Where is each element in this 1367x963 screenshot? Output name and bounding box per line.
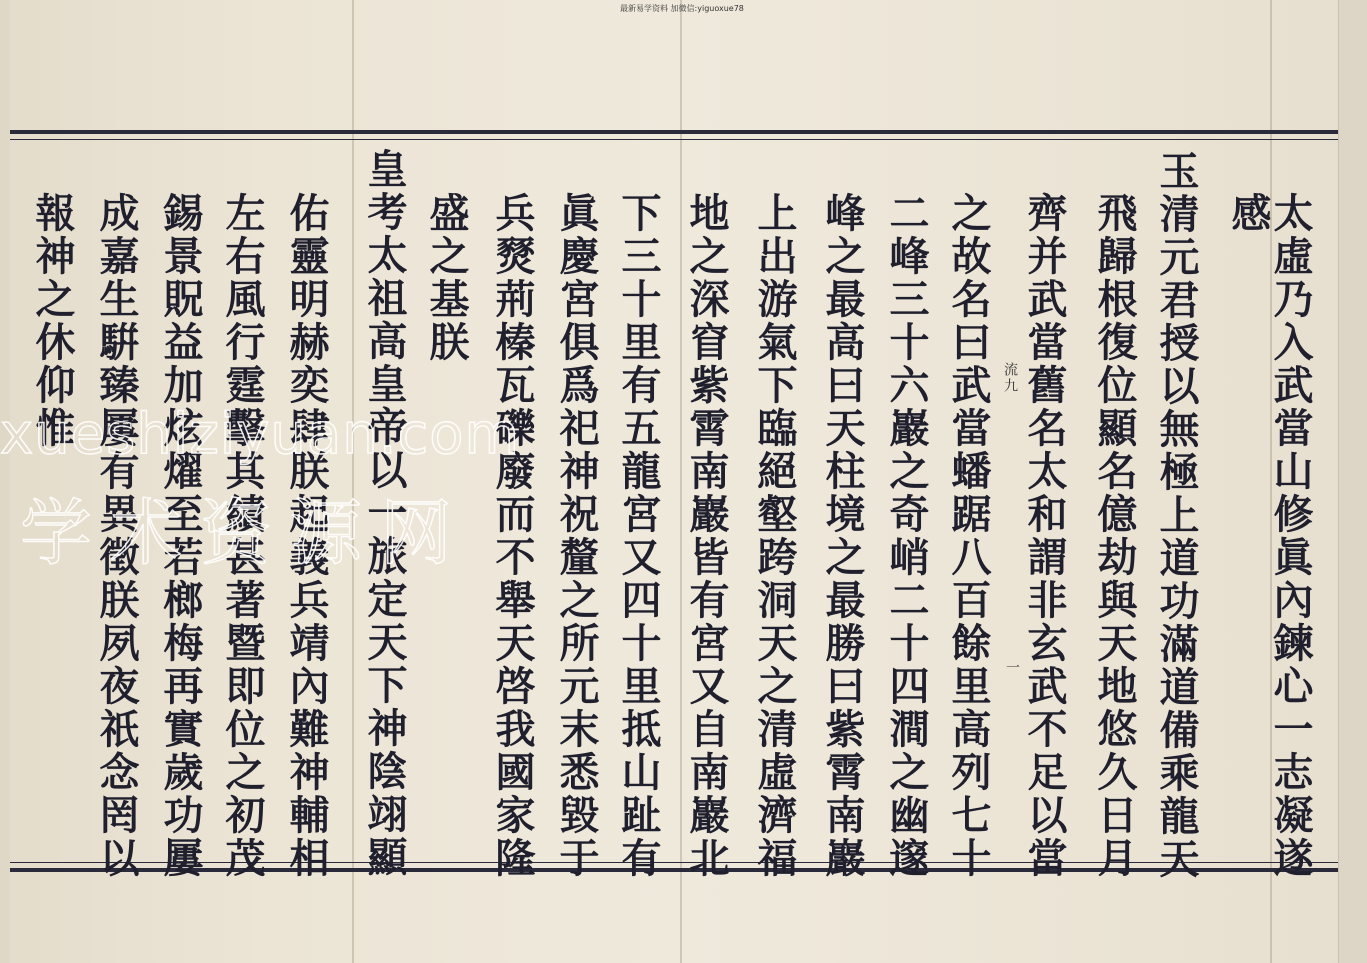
- top-watermark: 最新易学资料 加微信:yiguoxue78: [620, 3, 744, 14]
- book-spread: 最新易学资料 加微信:yiguoxue78 太虛乃入武當山修眞內鍊心一志凝遂 感…: [0, 0, 1367, 963]
- overlay-watermark-latin: xueshiziyuan.com: [0, 402, 520, 467]
- right-page-edge: [1338, 0, 1367, 963]
- text-column: 太虛乃入武當山修眞內鍊心一志凝遂: [1268, 192, 1312, 880]
- text-column: 峰之最高曰天柱境之最勝曰紫霄南巖: [820, 192, 864, 880]
- margin-label: 流九: [1000, 362, 1020, 394]
- text-column: 兵燹荊榛瓦礫廢而不舉天啓我國家隆: [490, 192, 534, 880]
- text-column: 飛歸根復位顯名億劫與天地悠久日月: [1092, 192, 1136, 880]
- top-border-thin: [10, 139, 1338, 140]
- bottom-border-thick: [10, 868, 1338, 872]
- text-column: 上出游氣下臨絕壑跨洞天之清虛濟福: [752, 192, 796, 880]
- text-column: 眞慶宮俱爲祀神祝釐之所元末悉毀于: [554, 192, 598, 880]
- bottom-border-thin: [10, 862, 1338, 863]
- text-column: 地之深窅紫霄南巖皆有宮又自南巖北: [684, 192, 728, 880]
- text-column: 感: [1226, 192, 1270, 235]
- text-column: 盛之基朕: [424, 192, 468, 364]
- text-column: 齊并武當舊名太和謂非玄武不足以當: [1022, 192, 1066, 880]
- left-page-edge: [0, 0, 10, 963]
- overlay-watermark-cjk: 学术资源网: [20, 475, 470, 579]
- page-number: 一: [1002, 660, 1022, 676]
- text-column: 二峰三十六巖之奇峭二十四澗之幽邃: [884, 192, 928, 880]
- text-column: 之故名曰武當蟠踞八百餘里高列七十: [946, 192, 990, 880]
- top-border-thick: [10, 130, 1338, 134]
- text-column: 下三十里有五龍宮又四十里抵山趾有: [616, 192, 660, 880]
- text-column: 玉清元君授以無極上道功滿道備乘龍天: [1154, 150, 1198, 881]
- center-fold-line: [680, 0, 682, 963]
